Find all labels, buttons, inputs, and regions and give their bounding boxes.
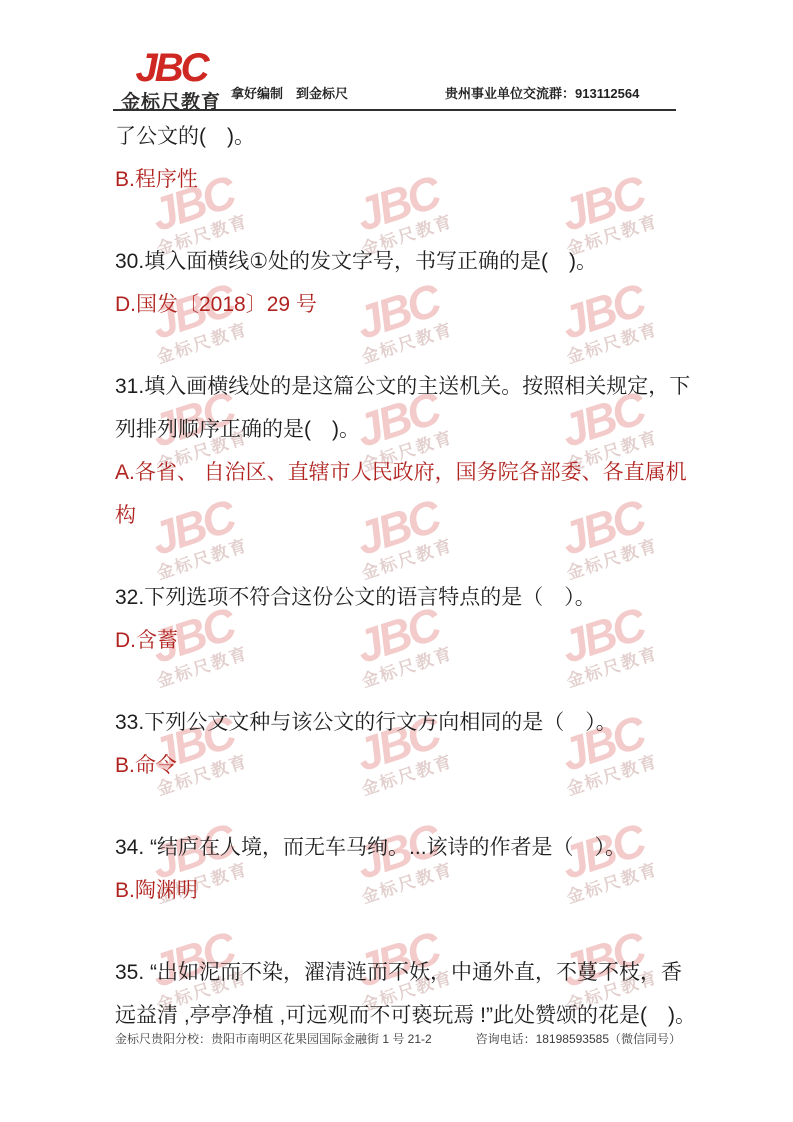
- answer-line: B.命令: [115, 744, 681, 787]
- question-stem-line: 33.下列公文文种与该公文的行文方向相同的是（ ）。: [115, 701, 681, 744]
- question-block: 32.下列选项不符合这份公文的语言特点的是（ ）。D.含蓄: [115, 576, 681, 662]
- question-block: 31.填入画横线处的是这篇公文的主送机关。按照相关规定，下列排列顺序正确的是( …: [115, 365, 681, 537]
- answer-line: B.陶渊明: [115, 869, 681, 912]
- header-qq-group: 贵州事业单位交流群：913112564: [445, 83, 639, 102]
- question-block: 34. “结庐在人境，而无车马绚。...该诗的作者是（ ）。B.陶渊明: [115, 826, 681, 912]
- question-block: 33.下列公文文种与该公文的行文方向相同的是（ ）。B.命令: [115, 701, 681, 787]
- answer-line: 构: [115, 494, 681, 537]
- answer-line: A.各省、 自治区、直辖市人民政府，国务院各部委、各直属机: [115, 451, 681, 494]
- answer-line: D.国发〔2018〕29 号: [115, 283, 681, 326]
- logo-jbc-text: JBC: [115, 50, 227, 86]
- document-page: JBC金标尺教育JBC金标尺教育JBC金标尺教育JBC金标尺教育JBC金标尺教育…: [0, 0, 793, 1122]
- question-stem-line: 30.填入面横线①处的发文字号，书写正确的是( )。: [115, 240, 681, 283]
- question-block: 35. “出如泥而不染，濯清涟而不妖，中通外直，不蔓不枝，香远益清 ,亭亭净植 …: [115, 951, 681, 1037]
- question-stem-line: 了公文的( )。: [115, 115, 681, 158]
- answer-line: D.含蓄: [115, 619, 681, 662]
- header-divider: [113, 109, 676, 111]
- question-block: 了公文的( )。B.程序性: [115, 115, 681, 201]
- header-tagline: 拿好编制 到金标尺: [231, 83, 348, 102]
- jbc-logo: JBC 金标尺教育: [115, 50, 227, 114]
- footer-phone: 咨询电话：18198593585（微信同号）: [476, 1030, 681, 1047]
- answer-line: B.程序性: [115, 158, 681, 201]
- question-block: 30.填入面横线①处的发文字号，书写正确的是( )。D.国发〔2018〕29 号: [115, 240, 681, 326]
- question-stem-line: 34. “结庐在人境，而无车马绚。...该诗的作者是（ ）。: [115, 826, 681, 869]
- question-stem-line: 35. “出如泥而不染，濯清涟而不妖，中通外直，不蔓不枝，香: [115, 951, 681, 994]
- question-list: 了公文的( )。B.程序性30.填入面横线①处的发文字号，书写正确的是( )。D…: [115, 115, 681, 1076]
- question-stem-line: 列排列顺序正确的是( )。: [115, 408, 681, 451]
- question-stem-line: 32.下列选项不符合这份公文的语言特点的是（ ）。: [115, 576, 681, 619]
- page-footer: 金标尺贵阳分校：贵阳市南明区花果园国际金融街 1 号 21-2 咨询电话：181…: [115, 1030, 681, 1047]
- question-stem-line: 31.填入画横线处的是这篇公文的主送机关。按照相关规定，下: [115, 365, 681, 408]
- page-header: JBC 金标尺教育 拿好编制 到金标尺 贵州事业单位交流群：913112564: [115, 50, 681, 106]
- footer-address: 金标尺贵阳分校：贵阳市南明区花果园国际金融街 1 号 21-2: [115, 1030, 432, 1047]
